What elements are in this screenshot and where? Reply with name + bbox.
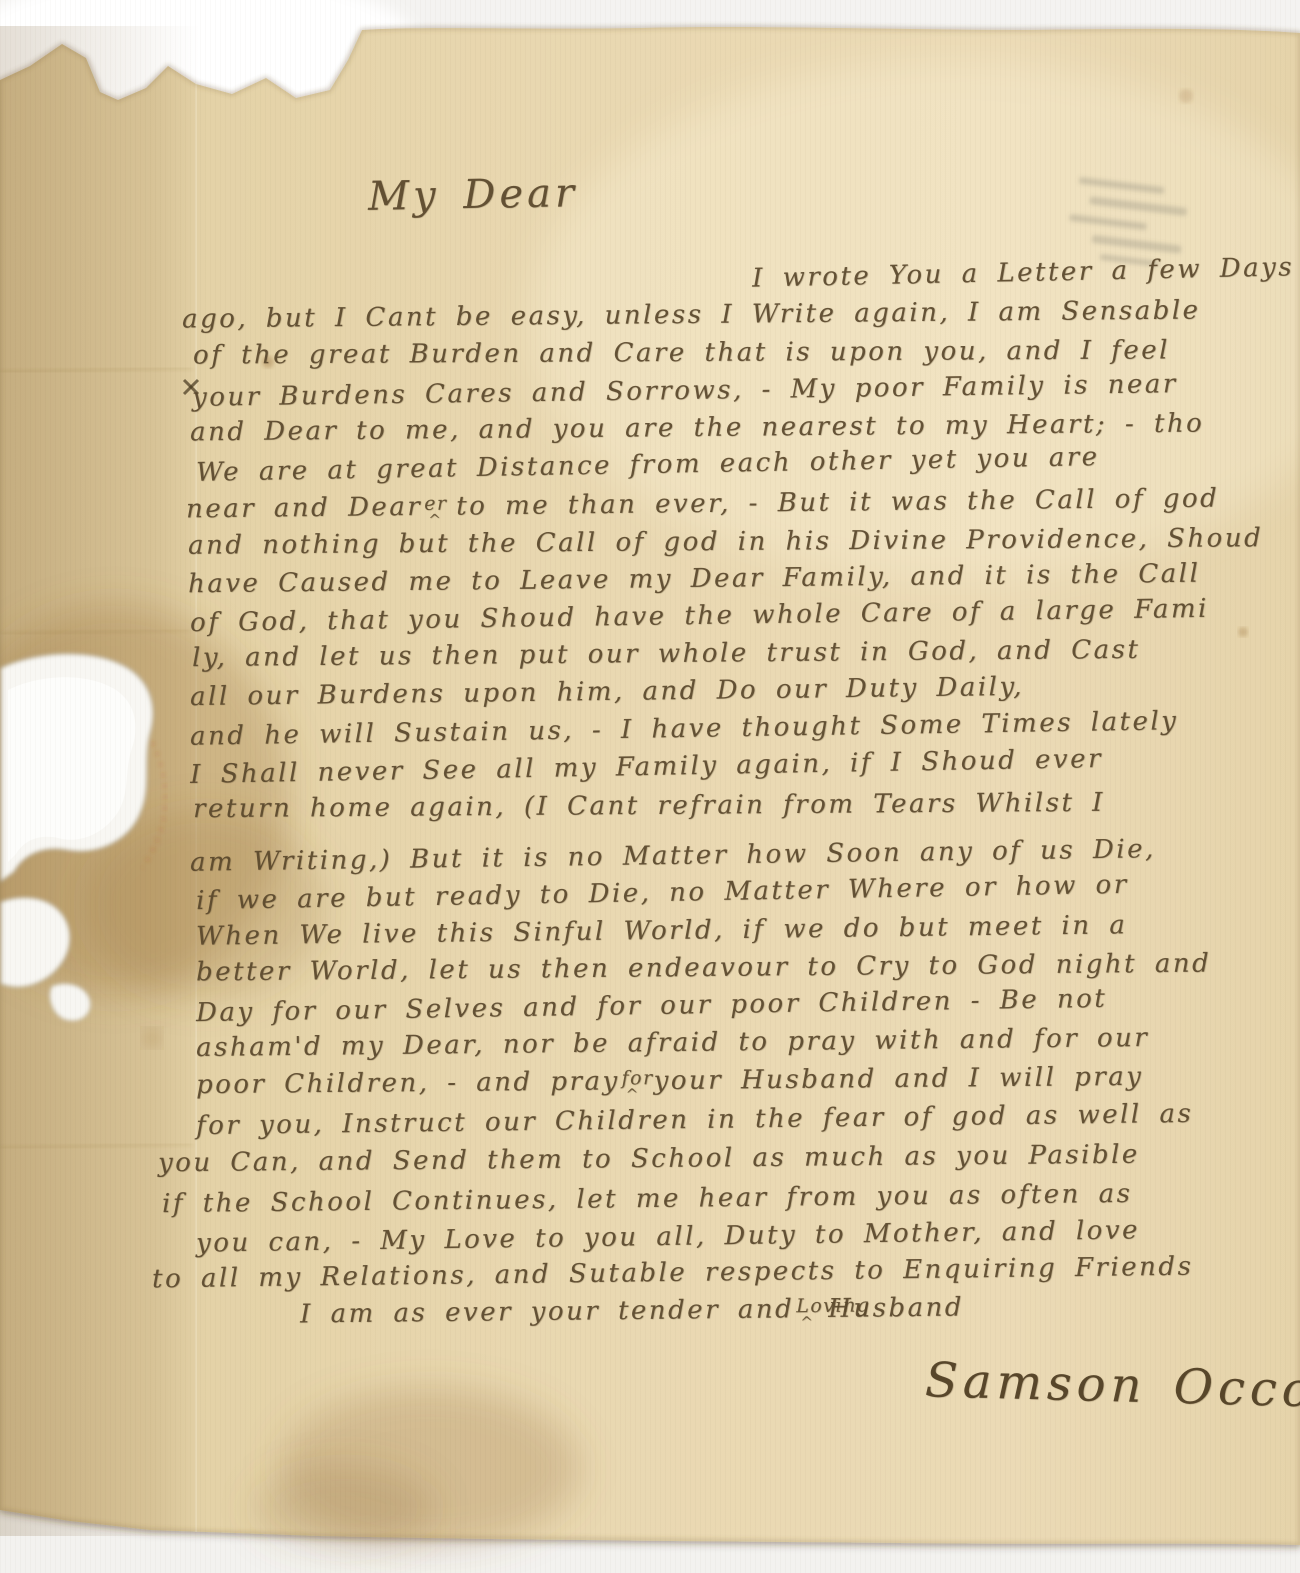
line-segment: I am as ever your tender and [300, 1294, 794, 1329]
line-segment: to me than ever, - But it was the Call o… [456, 484, 1219, 522]
letter-line: We are at great Distance from each other… [196, 442, 1100, 488]
caret-mark: ^ [800, 1313, 815, 1331]
caret-mark: ^ [428, 511, 443, 529]
letter-line: of God, that you Shoud have the whole Ca… [190, 594, 1209, 638]
letter-line: I wrote You a Letter a few Days [752, 252, 1295, 293]
letter-line: have Caused me to Leave my Dear Family, … [188, 559, 1201, 600]
letter-closing-line: I am as ever your tender andLoving^Husba… [300, 1293, 964, 1330]
line-segment: poor Children, - and pray [196, 1066, 620, 1100]
letter-line-with-insertion: poor Children, - and prayfor^your Husban… [196, 1062, 1144, 1100]
salutation: My Dear [368, 170, 579, 220]
manuscript-scan: My Dear I wrote You a Letter a few Days … [0, 0, 1300, 1573]
letter-line: for you, Instruct our Children in the fe… [196, 1099, 1194, 1141]
letter-line: and Dear to me, and you are the nearest … [190, 409, 1205, 448]
letter-line: I Shall never See all my Family again, i… [190, 744, 1103, 790]
letter-line-with-insertion: near and Dearer^to me than ever, - But i… [186, 484, 1219, 525]
letter-line: all our Burdens upon him, and Do our Dut… [190, 672, 1024, 712]
letter-line: When We live this Sinful World, if we do… [196, 910, 1128, 951]
line-segment: near and Dear [186, 492, 422, 524]
letter-line: and nothing but the Call of god in his D… [188, 523, 1263, 561]
letter-line: Day for our Selves and for our poor Chil… [196, 984, 1108, 1028]
letter-line: you Can, and Send them to School as much… [158, 1140, 1140, 1179]
letter-line: if we are but ready to Die, no Matter Wh… [196, 870, 1129, 916]
signature: Samson Occom [924, 1352, 1300, 1420]
letter-text: My Dear I wrote You a Letter a few Days … [0, 0, 1300, 1573]
letter-line: your Burdens Cares and Sorrows, - My poo… [192, 369, 1178, 413]
letter-line: you can, - My Love to you all, Duty to M… [196, 1215, 1140, 1258]
line-segment: your Husband and I will pray [653, 1062, 1143, 1096]
letter-line: return home again, (I Cant refrain from … [193, 788, 1105, 824]
letter-line: better World, let us then endeavour to C… [196, 949, 1211, 988]
letter-line: if the School Continues, let me hear fro… [162, 1179, 1133, 1219]
letter-line: asham'd my Dear, nor be afraid to pray w… [196, 1023, 1150, 1063]
letter-line: ago, but I Cant be easy, unless I Write … [182, 296, 1201, 335]
letter-line: of the great Burden and Care that is upo… [193, 335, 1170, 370]
letter-line: to all my Relations, and Sutable respect… [152, 1252, 1194, 1295]
caret-mark: ^ [626, 1085, 641, 1103]
letter-line: ly, and let us then put our whole trust … [192, 635, 1141, 673]
